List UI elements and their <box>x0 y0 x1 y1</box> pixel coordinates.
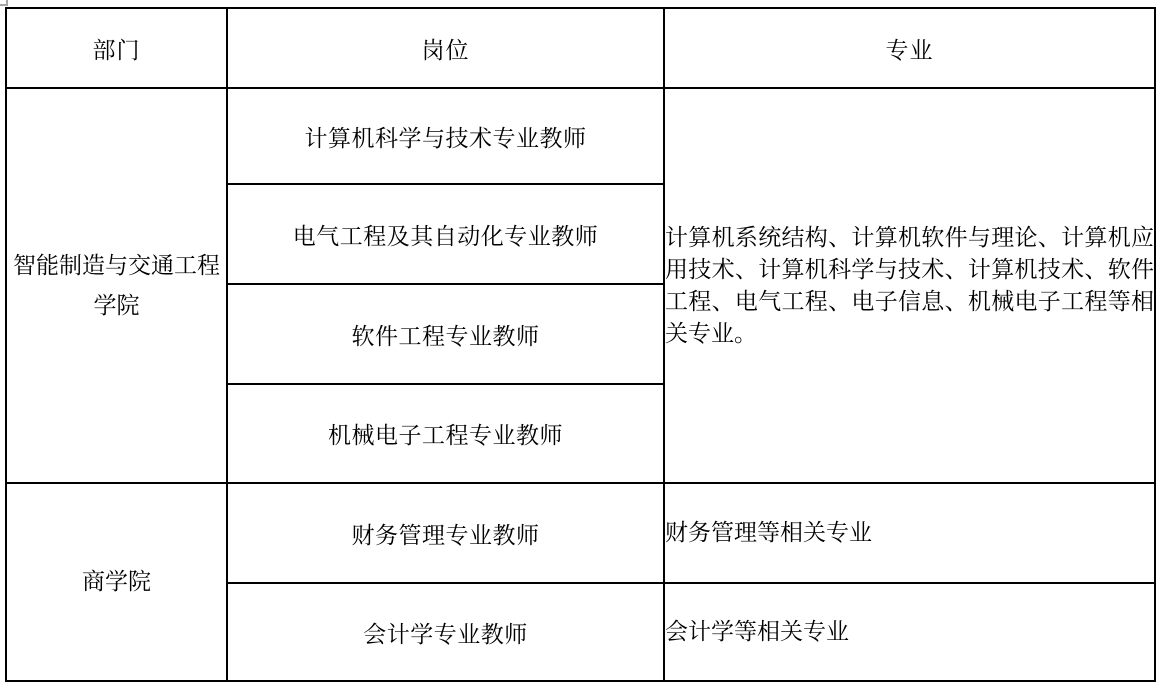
header-cell-major: 专业 <box>664 8 1155 88</box>
position-cell: 电气工程及其自动化专业教师 <box>227 184 664 284</box>
position-cell: 财务管理专业教师 <box>227 483 664 583</box>
position-cell: 会计学专业教师 <box>227 583 664 681</box>
table-move-handle-icon <box>0 0 8 6</box>
department-cell-business: 商学院 <box>6 483 227 681</box>
position-cell: 软件工程专业教师 <box>227 284 664 384</box>
position-cell: 计算机科学与技术专业教师 <box>227 88 664 184</box>
header-cell-position: 岗位 <box>227 8 664 88</box>
header-row: 部门 岗位 专业 <box>6 8 1155 88</box>
document-page: 部门 岗位 专业 智能制造与交通工程学院 计算机科学与技术专业教师 计算机系统结… <box>0 0 1165 686</box>
header-cell-department: 部门 <box>6 8 227 88</box>
recruitment-table: 部门 岗位 专业 智能制造与交通工程学院 计算机科学与技术专业教师 计算机系统结… <box>5 7 1156 682</box>
major-cell: 财务管理等相关专业 <box>664 483 1155 583</box>
department-cell-engineering: 智能制造与交通工程学院 <box>6 88 227 483</box>
table-row: 智能制造与交通工程学院 计算机科学与技术专业教师 计算机系统结构、计算机软件与理… <box>6 88 1155 184</box>
table-row: 商学院 财务管理专业教师 财务管理等相关专业 <box>6 483 1155 583</box>
major-cell: 会计学等相关专业 <box>664 583 1155 681</box>
major-cell-engineering: 计算机系统结构、计算机软件与理论、计算机应用技术、计算机科学与技术、计算机技术、… <box>664 88 1155 483</box>
position-cell: 机械电子工程专业教师 <box>227 384 664 483</box>
